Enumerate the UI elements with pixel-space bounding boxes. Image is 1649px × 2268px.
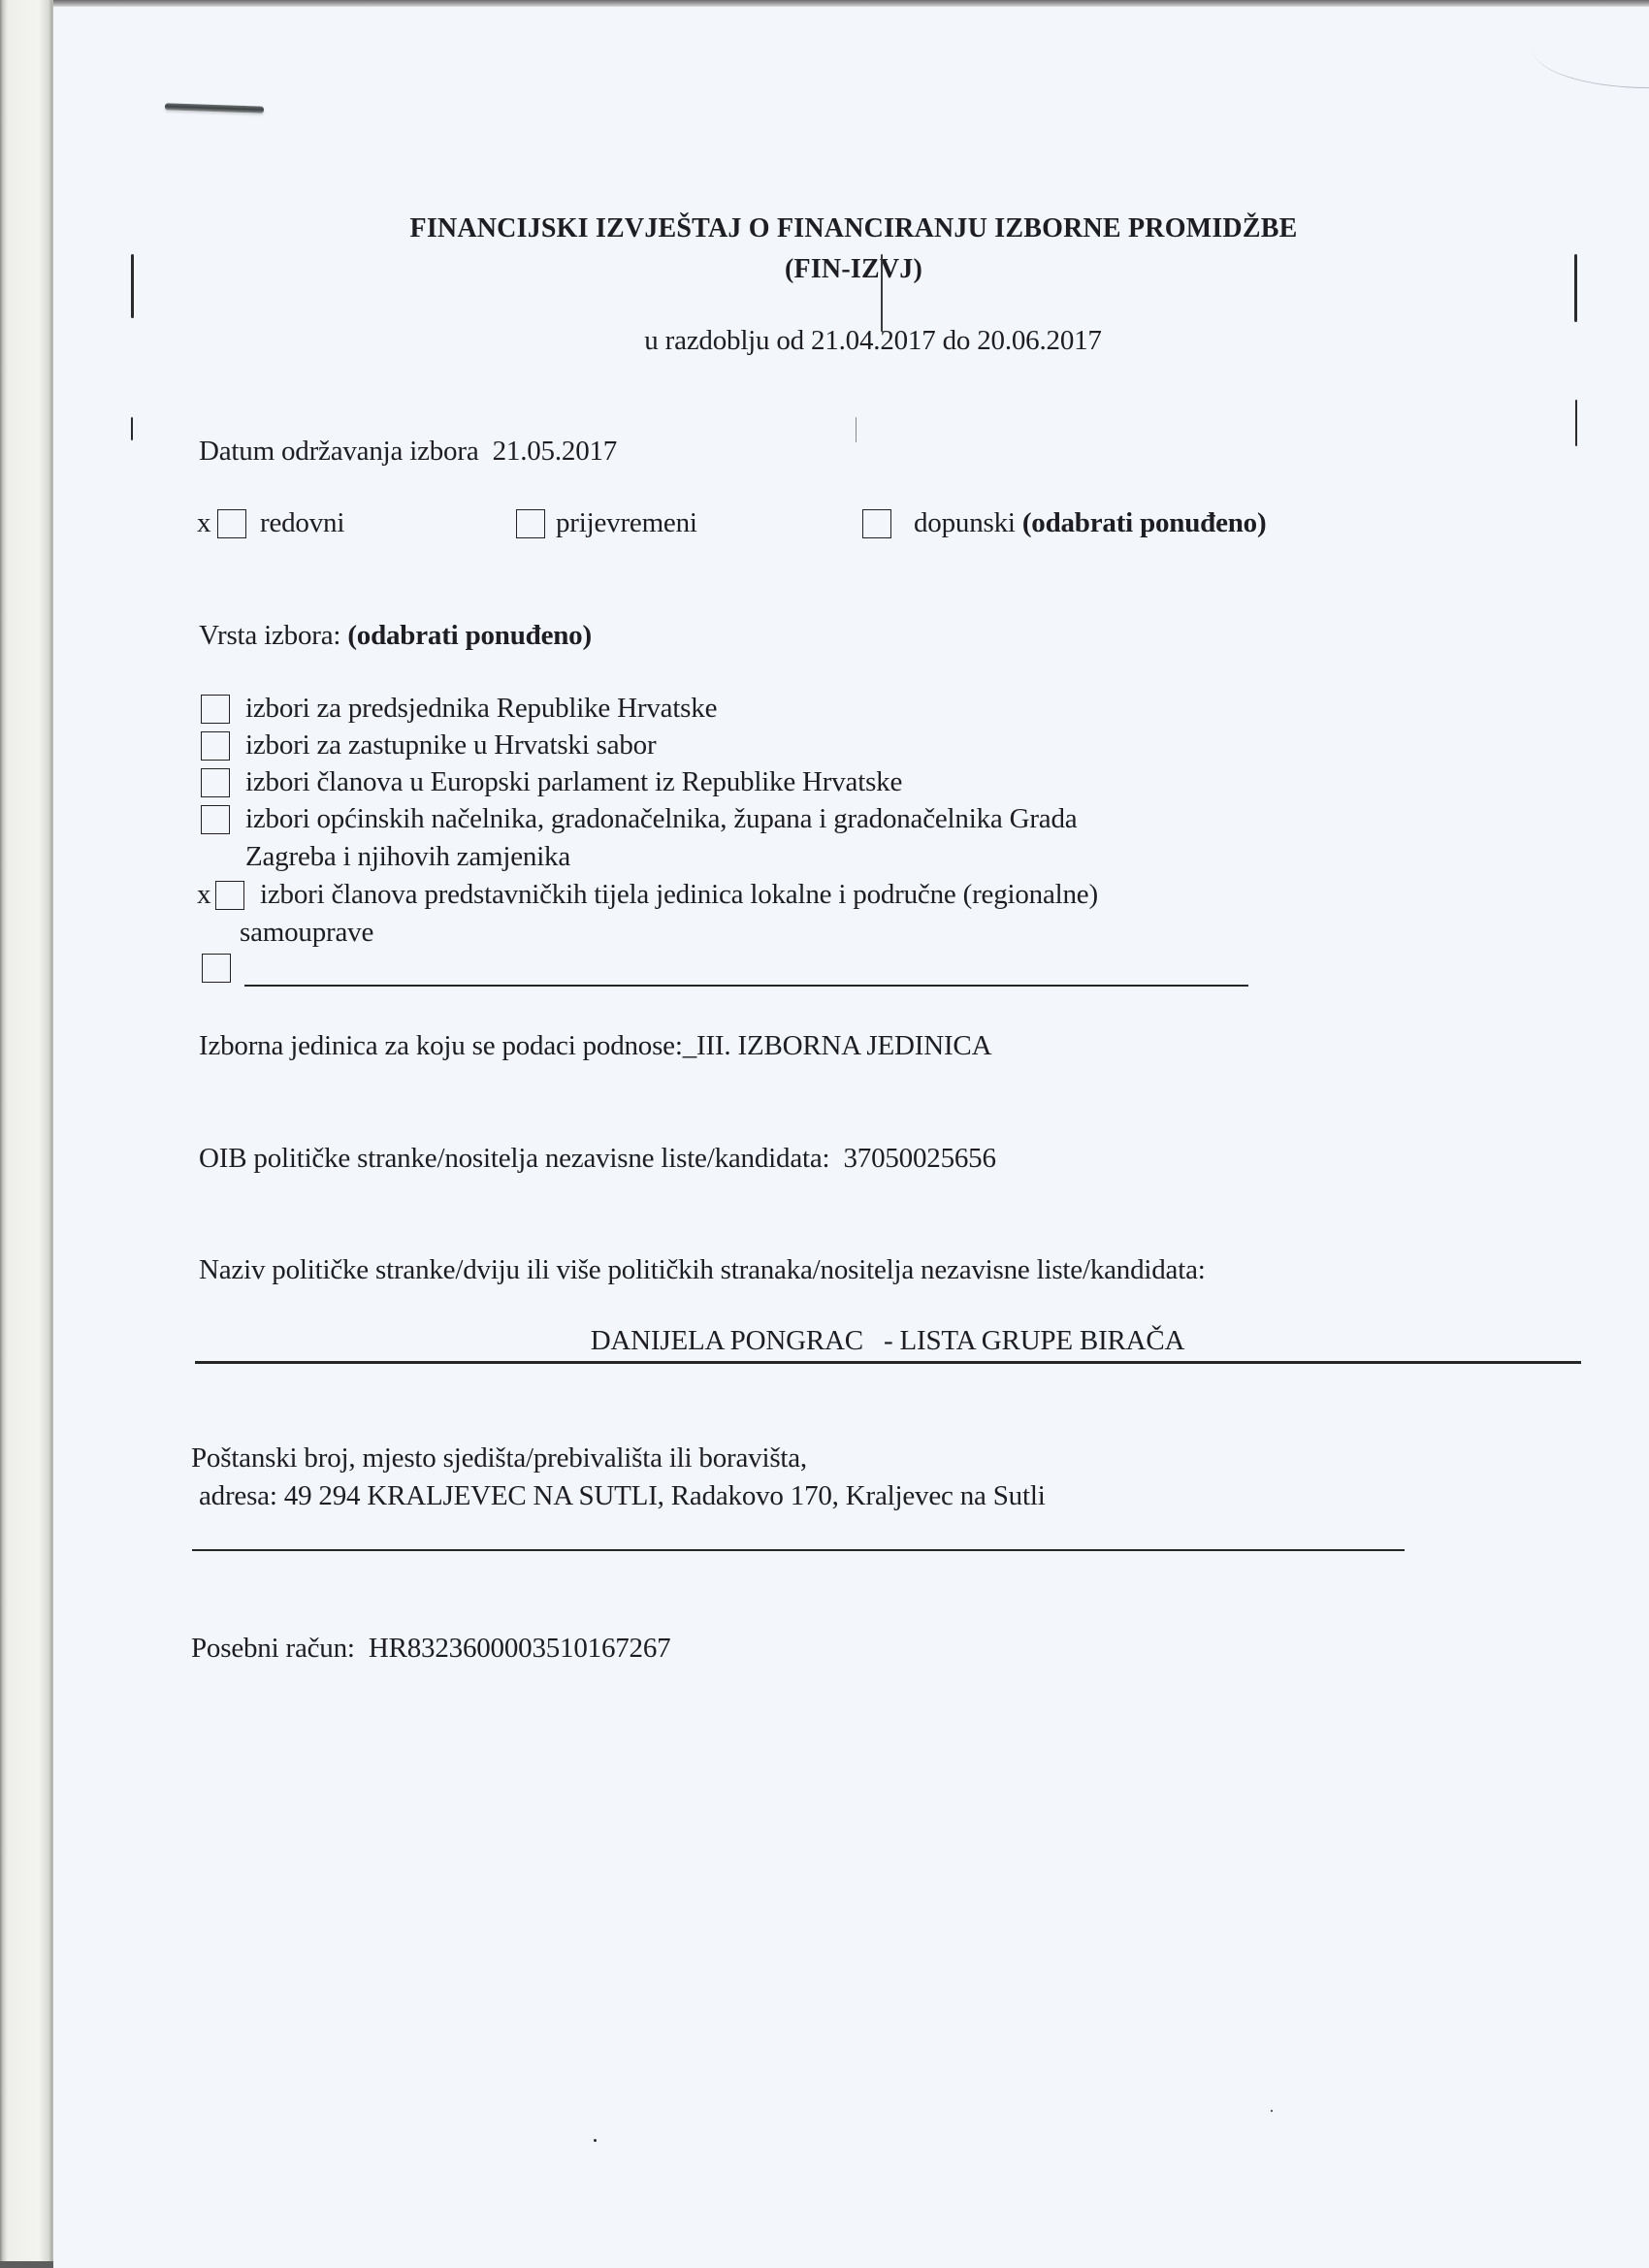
checkbox-dopunski[interactable] [862, 509, 891, 538]
label-prijevremeni: prijevremeni [556, 506, 697, 539]
oib-label: OIB političke stranke/nositelja nezavisn… [199, 1143, 829, 1174]
checkbox-mark-local-bodies: x [197, 878, 211, 911]
account-label: Posebni račun: [191, 1633, 355, 1664]
label-president: izbori za predsjednika Republike Hrvatsk… [245, 692, 717, 725]
label-redovni: redovni [260, 506, 344, 539]
oib-row: OIB političke stranke/nositelja nezavisn… [199, 1142, 996, 1175]
label-mayors: izbori općinskih načelnika, gradonačelni… [245, 802, 1077, 835]
election-date-value: 21.05.2017 [493, 436, 618, 467]
staple-icon [165, 103, 264, 113]
party-name-value: DANIJELA PONGRAC - LISTA GRUPE BIRAČA [0, 1324, 1649, 1357]
label-local-bodies-cont: samouprave [240, 916, 373, 949]
checkbox-european-parliament[interactable] [201, 768, 230, 797]
label-european-parliament: izbori članova u Europski parlament iz R… [245, 765, 902, 798]
label-mayors-cont: Zagreba i njihovih zamjenika [245, 840, 570, 873]
document-code: (FIN-IZVJ) [0, 254, 1649, 285]
label-parliament: izbori za zastupnike u Hrvatski sabor [245, 729, 656, 761]
election-type-heading: Vrsta izbora: (odabrati ponuđeno) [199, 619, 592, 652]
address-underline [192, 1549, 1405, 1551]
checkbox-other[interactable] [202, 954, 231, 983]
checkbox-mayors[interactable] [201, 805, 230, 834]
election-type-hint: (odabrati ponuđeno) [347, 620, 592, 651]
scan-mark-left-2 [131, 417, 133, 440]
checkbox-mark-redovni: x [197, 506, 211, 539]
scan-mark-title [881, 254, 883, 332]
election-type-label: Vrsta izbora: [199, 620, 340, 651]
document-title: FINANCIJSKI IZVJEŠTAJ O FINANCIRANJU IZB… [0, 213, 1649, 244]
account-row: Posebni račun: HR8323600003510167267 [191, 1632, 670, 1665]
scan-mark-right-2 [1575, 400, 1577, 446]
electoral-unit-row: Izborna jedinica za koju se podaci podno… [199, 1029, 991, 1062]
label-dopunski: dopunski [914, 507, 1016, 538]
checkbox-parliament[interactable] [201, 731, 230, 761]
report-period: u razdoblju od 21.04.2017 do 20.06.2017 [0, 324, 1649, 357]
scan-top-edge [0, 0, 1649, 7]
electoral-unit-value: _III. IZBORNA JEDINICA [683, 1030, 992, 1061]
address-value: adresa: 49 294 KRALJEVEC NA SUTLI, Radak… [199, 1479, 1046, 1512]
checkbox-president[interactable] [201, 695, 230, 724]
address-label: Poštanski broj, mjesto sjedišta/prebival… [191, 1442, 807, 1474]
checkbox-local-bodies[interactable] [215, 881, 244, 910]
checkbox-prijevremeni[interactable] [516, 509, 545, 538]
party-name-label: Naziv političke stranke/dviju ili više p… [199, 1253, 1206, 1286]
label-local-bodies: izbori članova predstavničkih tijela jed… [260, 878, 1098, 911]
scan-speck [1271, 2110, 1273, 2112]
account-value: HR8323600003510167267 [369, 1633, 671, 1664]
party-name-underline [195, 1361, 1581, 1364]
label-dopunski-row: dopunski (odabrati ponuđeno) [914, 506, 1266, 539]
election-kind-hint: (odabrati ponuđeno) [1022, 507, 1267, 538]
election-date-row: Datum održavanja izbora 21.05.2017 [199, 435, 617, 468]
scan-speck [594, 2139, 597, 2142]
scan-mark-center [856, 417, 857, 442]
other-election-type-field[interactable] [244, 985, 1248, 987]
checkbox-redovni[interactable] [217, 509, 246, 538]
oib-value: 37050025656 [843, 1143, 995, 1174]
electoral-unit-label: Izborna jedinica za koju se podaci podno… [199, 1030, 683, 1061]
election-date-label: Datum održavanja izbora [199, 436, 479, 467]
scan-corner-curve [1533, 10, 1649, 88]
scan-left-border-bottom [0, 2261, 53, 2268]
